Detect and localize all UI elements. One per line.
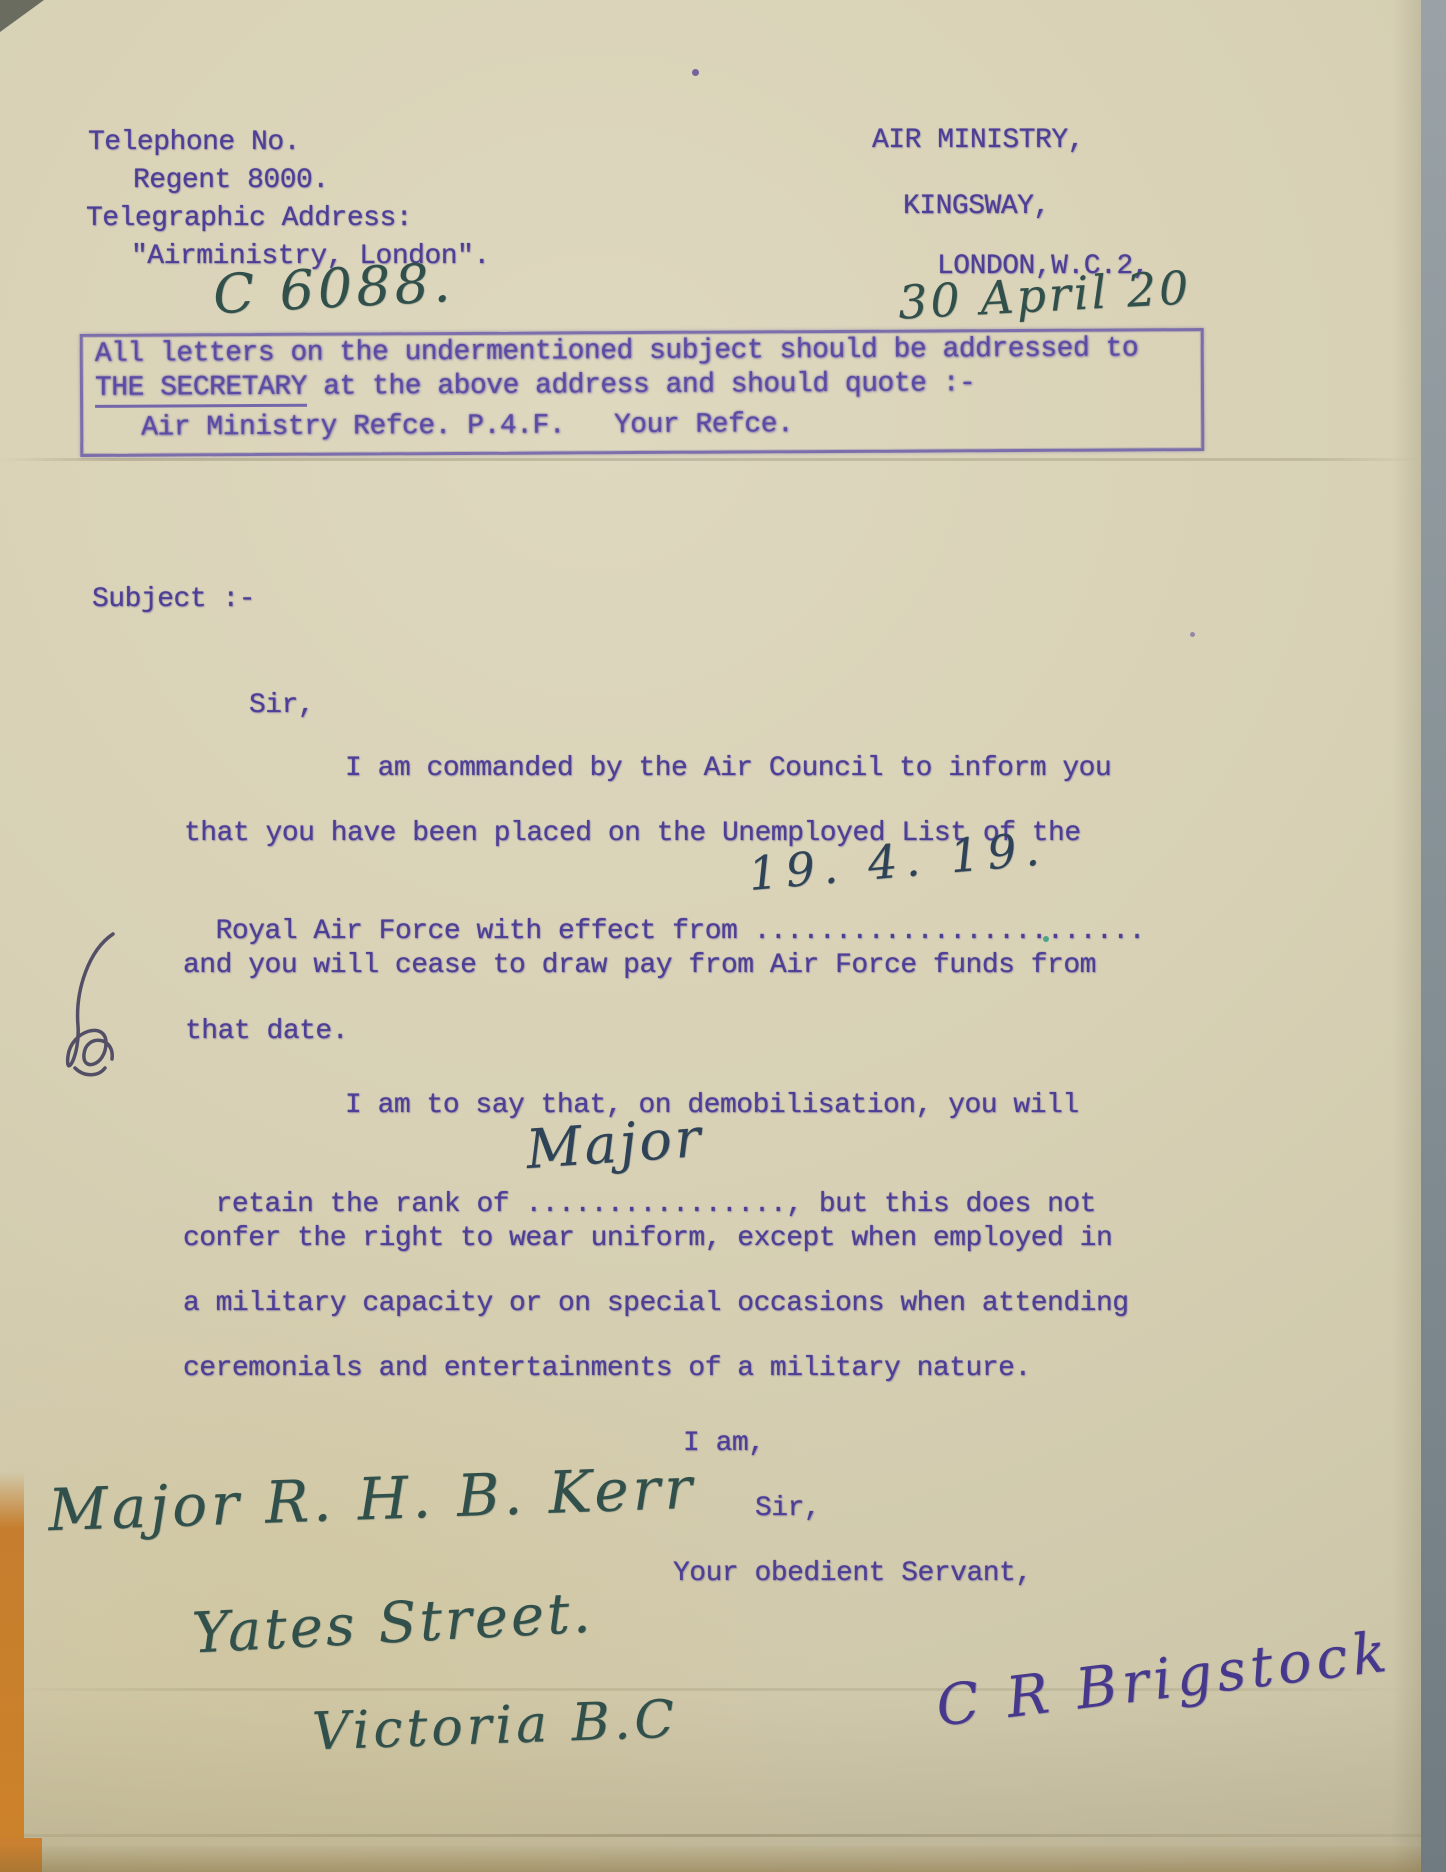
body-line: I am commanded by the Air Council to inf… [345, 753, 1111, 785]
handwritten-reference: C 6088. [212, 256, 456, 323]
subject-label: Subject :- [92, 584, 255, 616]
telephone-label: Telephone No. [88, 127, 300, 159]
telegraphic-label: Telegraphic Address: [86, 203, 412, 235]
paper-crease [0, 1834, 1421, 1837]
notice-reference-line: Air Ministry Refce. P.4.F. Your Refce. [141, 409, 793, 445]
closing-sir: Sir, [755, 1493, 820, 1525]
notice-line-1: All letters on the undermentioned subjec… [95, 333, 1139, 371]
office-street: KINGSWAY, [903, 191, 1050, 223]
body-line: that date. [185, 1016, 348, 1048]
recipient-city: Victoria B.C [311, 1694, 679, 1759]
body-line: confer the right to wear uniform, except… [183, 1223, 1112, 1255]
paper-crease [0, 458, 1421, 461]
body-line: a military capacity or on special occasi… [183, 1288, 1129, 1320]
effect-from-text: Royal Air Force with effect from [216, 916, 754, 947]
scan-background-edge [1421, 0, 1446, 1872]
body-line: and you will cease to draw pay from Air … [183, 950, 1096, 982]
salutation: Sir, [249, 690, 314, 722]
office-name: AIR MINISTRY, [872, 125, 1084, 157]
notice-secretary-emphasis: THE SECRETARY [95, 372, 307, 408]
closing-servant: Your obedient Servant, [673, 1558, 1032, 1590]
handwritten-rank: Major [524, 1111, 705, 1177]
dotted-rule: ........................ [754, 916, 1145, 947]
notice-line-2: THE SECRETARY at the above address and s… [95, 368, 976, 405]
notice-line-2-rest: at the above address and should quote :- [307, 368, 976, 402]
ink-speck [1190, 632, 1195, 637]
scanned-letter-page: { "colors": { "typed_ink": "#4e3f96", "s… [0, 0, 1446, 1872]
body-line: I am to say that, on demobilisation, you… [345, 1090, 1079, 1122]
rank-rest: but this does not [803, 1189, 1096, 1220]
ink-speck [692, 69, 699, 76]
scan-corner-shadow [0, 0, 44, 32]
body-line: ceremonials and entertainments of a mili… [183, 1353, 1031, 1385]
handwritten-date: 30 April 20 [897, 264, 1192, 325]
scan-bottom-shade [0, 1846, 1421, 1872]
telephone-number: Regent 8000. [133, 165, 329, 197]
paper-curl-shadow [1392, 0, 1421, 1872]
dotted-rule: ................, [525, 1189, 802, 1220]
rank-text: retain the rank of [216, 1189, 526, 1220]
notice-stamp-box: All letters on the undermentioned subjec… [80, 328, 1205, 457]
closing-i-am: I am, [683, 1428, 765, 1460]
margin-initials-flourish [55, 928, 145, 1088]
scan-folder-edge [0, 1472, 24, 1872]
